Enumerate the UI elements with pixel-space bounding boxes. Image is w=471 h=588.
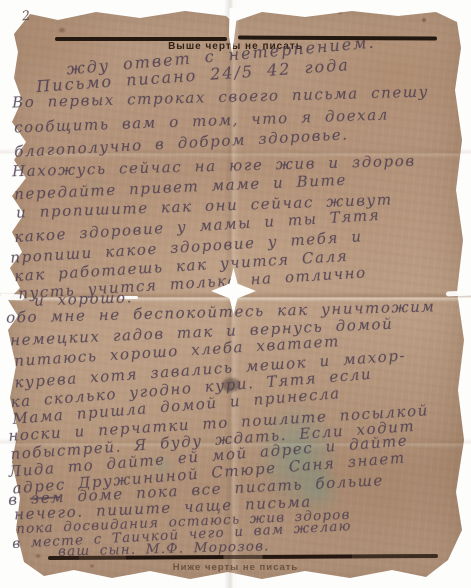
printed-caption-bottom: Ниже черты не писать [0,562,471,573]
letter-photo: Выше черты не писать 2 жду ответ с нетер… [0,0,471,588]
top-margin-rule-left [55,37,227,41]
page-number: 2 [21,8,31,24]
fold-wear-gap [446,291,471,297]
